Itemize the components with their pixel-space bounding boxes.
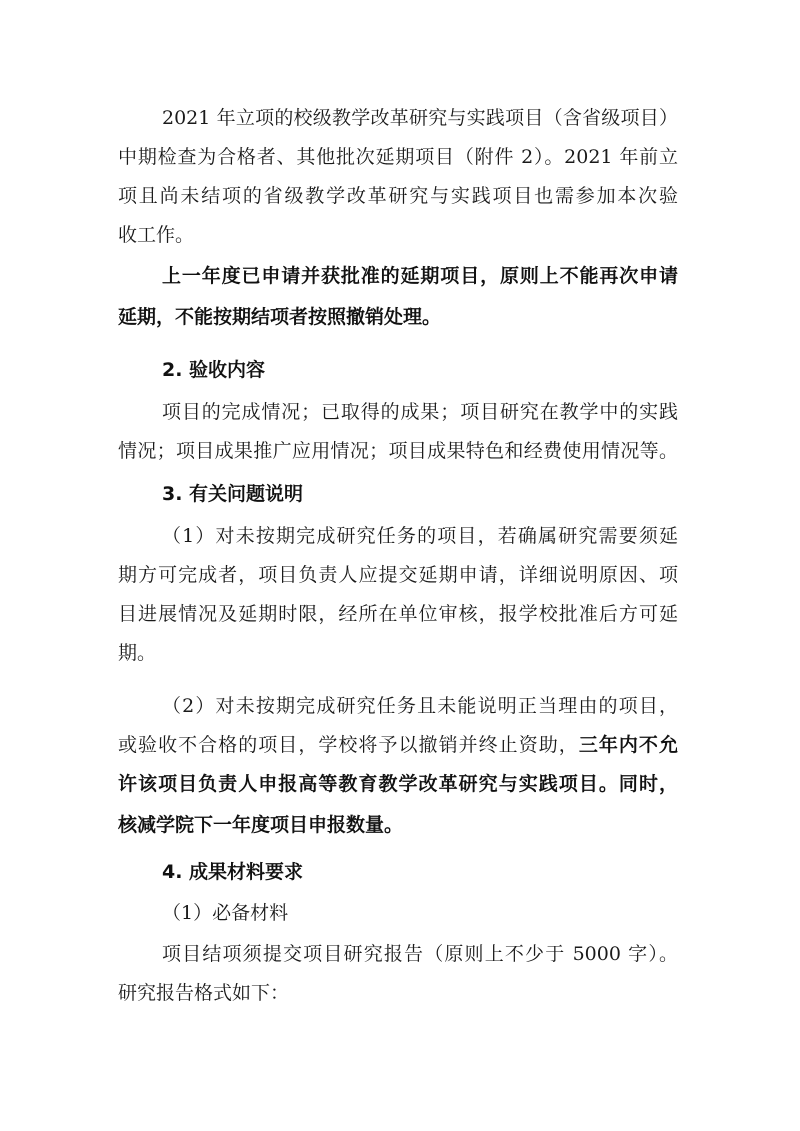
paragraph-line: 2021 年立项的校级教学改革研究与实践项目（含省级项目） [162,103,678,133]
paragraph-line: 期方可完成者，项目负责人应提交延期申请，详细说明原因、项 [118,560,678,590]
section-heading: 3. 有关问题说明 [162,479,678,509]
paragraph-line: 研究报告格式如下： [118,978,678,1008]
paragraph-line: （2）对未按期完成研究任务且未能说明正当理由的项目， [162,691,678,721]
bold-paragraph-line: 延期，不能按期结项者按照撤销处理。 [118,302,678,332]
bold-paragraph-line: 上一年度已申请并获批准的延期项目，原则上不能再次申请 [162,261,678,291]
paragraph-line-mixed: 或验收不合格的项目，学校将予以撤销并终止资助，三年内不允 [118,730,678,760]
paragraph-line: （1）对未按期完成研究任务的项目，若确属研究需要须延 [162,521,678,551]
paragraph-line: 中期检查为合格者、其他批次延期项目（附件 2）。2021 年前立 [118,142,678,172]
section-heading: 4. 成果材料要求 [162,857,678,887]
paragraph-line: 情况；项目成果推广应用情况；项目成果特色和经费使用情况等。 [118,436,678,466]
paragraph-line: 期。 [118,638,678,668]
section-heading: 2. 验收内容 [162,355,678,385]
bold-paragraph-line: 核减学院下一年度项目申报数量。 [118,810,678,840]
paragraph-line: 收工作。 [118,220,678,250]
paragraph-line: 目进展情况及延期时限，经所在单位审核，报学校批准后方可延 [118,599,678,629]
paragraph-line: 项且尚未结项的省级教学改革研究与实践项目也需参加本次验 [118,181,678,211]
bold-text-segment: 三年内不允 [579,734,678,756]
paragraph-line: 项目结项须提交项目研究报告（原则上不少于 5000 字）。 [162,939,678,969]
subheading: （1）必备材料 [162,898,678,928]
normal-text-segment: 或验收不合格的项目，学校将予以撤销并终止资助， [118,734,579,756]
paragraph-line: 项目的完成情况；已取得的成果；项目研究在教学中的实践 [162,397,678,427]
bold-paragraph-line: 许该项目负责人申报高等教育教学改革研究与实践项目。同时， [118,769,678,799]
document-page: 2021 年立项的校级教学改革研究与实践项目（含省级项目） 中期检查为合格者、其… [0,0,800,1131]
